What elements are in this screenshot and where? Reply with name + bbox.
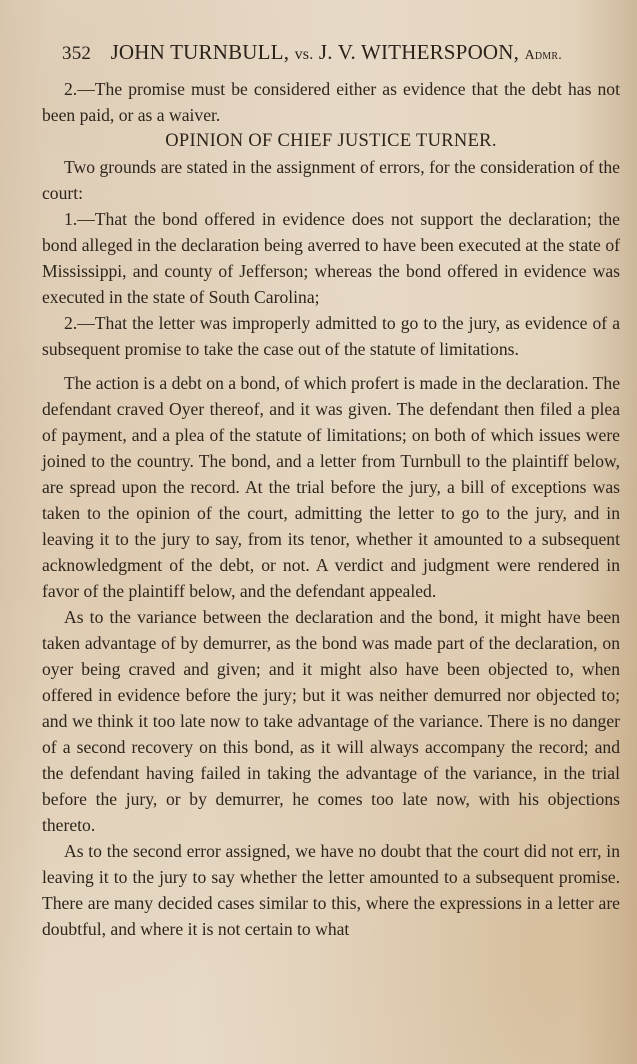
- headnote-2: 2.—The promise must be considered either…: [42, 76, 620, 128]
- paragraph-intro: Two grounds are stated in the assignment…: [42, 154, 620, 206]
- paragraph-second-error: As to the second error assigned, we have…: [42, 838, 620, 942]
- versus: vs.: [295, 46, 314, 63]
- opinion-heading: OPINION OF CHIEF JUSTICE TURNER.: [42, 128, 620, 154]
- plaintiff-name: JOHN TURNBULL,: [111, 40, 290, 64]
- administrator-suffix: Admr.: [525, 48, 562, 63]
- paragraph-ground-1: 1.—That the bond offered in evidence doe…: [42, 206, 620, 310]
- paragraph-ground-2: 2.—That the letter was improperly admitt…: [42, 310, 620, 362]
- page-body: 2.—The promise must be considered either…: [42, 76, 620, 942]
- page-number: 352: [62, 43, 91, 64]
- book-page: 352 JOHN TURNBULL, vs. J. V. WITHERSPOON…: [0, 0, 637, 1064]
- paragraph-variance: As to the variance between the declarati…: [42, 604, 620, 838]
- paragraph-action: The action is a debt on a bond, of which…: [42, 370, 620, 604]
- defendant-name: J. V. WITHERSPOON,: [319, 40, 519, 64]
- spacer: [42, 362, 620, 370]
- running-head: 352 JOHN TURNBULL, vs. J. V. WITHERSPOON…: [62, 40, 597, 65]
